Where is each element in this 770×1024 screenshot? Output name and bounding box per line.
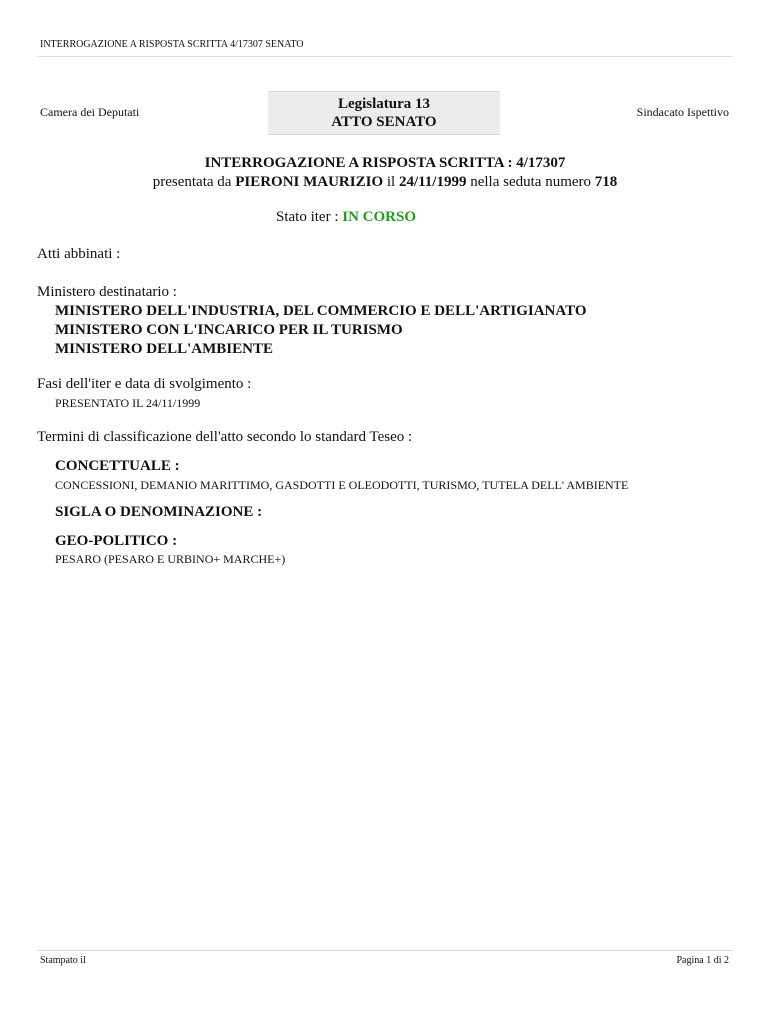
section-label: Sindacato Ispettivo	[637, 105, 729, 120]
legislature-box: Legislatura 13 ATTO SENATO	[268, 91, 500, 135]
atti-abbinati-label: Atti abbinati :	[37, 246, 120, 263]
print-date-label: Stampato il	[40, 955, 86, 966]
sigla-heading: SIGLA O DENOMINAZIONE :	[55, 504, 262, 521]
list-item: MINISTERO DELL'INDUSTRIA, DEL COMMERCIO …	[55, 302, 587, 321]
status-label: Stato iter :	[276, 209, 342, 225]
concettuale-heading: CONCETTUALE :	[55, 458, 180, 475]
running-header: INTERROGAZIONE A RISPOSTA SCRITTA 4/1730…	[40, 39, 304, 50]
session-number: 718	[595, 174, 618, 190]
presentation-line: presentata da PIERONI MAURIZIO il 24/11/…	[0, 173, 770, 192]
list-item: MINISTERO DELL'AMBIENTE	[55, 340, 587, 359]
header-divider	[37, 56, 733, 57]
geopolitico-heading: GEO-POLITICO :	[55, 533, 177, 550]
chamber-label: Camera dei Deputati	[40, 105, 139, 120]
list-item: MINISTERO CON L'INCARICO PER IL TURISMO	[55, 321, 587, 340]
fasi-item: PRESENTATO IL 24/11/1999	[55, 396, 200, 411]
status-line: Stato iter : IN CORSO	[276, 209, 416, 226]
status-badge: IN CORSO	[342, 209, 416, 225]
page-number: Pagina 1 di 2	[677, 955, 730, 966]
concettuale-value: CONCESSIONI, DEMANIO MARITTIMO, GASDOTTI…	[55, 478, 628, 493]
ministero-list: MINISTERO DELL'INDUSTRIA, DEL COMMERCIO …	[55, 302, 587, 359]
geopolitico-value: PESARO (PESARO E URBINO+ MARCHE+)	[55, 552, 285, 567]
footer-divider	[37, 950, 733, 951]
classificazione-label: Termini di classificazione dell'atto sec…	[37, 429, 412, 446]
document-title: INTERROGAZIONE A RISPOSTA SCRITTA : 4/17…	[0, 154, 770, 173]
act-type: ATTO SENATO	[268, 113, 500, 131]
document-title-block: INTERROGAZIONE A RISPOSTA SCRITTA : 4/17…	[0, 154, 770, 192]
presentation-date: 24/11/1999	[399, 174, 467, 190]
session-prefix: nella seduta numero	[466, 174, 594, 190]
legislature-number: Legislatura 13	[268, 95, 500, 113]
ministero-label: Ministero destinatario :	[37, 284, 177, 301]
fasi-label: Fasi dell'iter e data di svolgimento :	[37, 376, 251, 393]
presenter-name: PIERONI MAURIZIO	[235, 174, 383, 190]
date-prefix: il	[383, 174, 399, 190]
presented-prefix: presentata da	[153, 174, 235, 190]
